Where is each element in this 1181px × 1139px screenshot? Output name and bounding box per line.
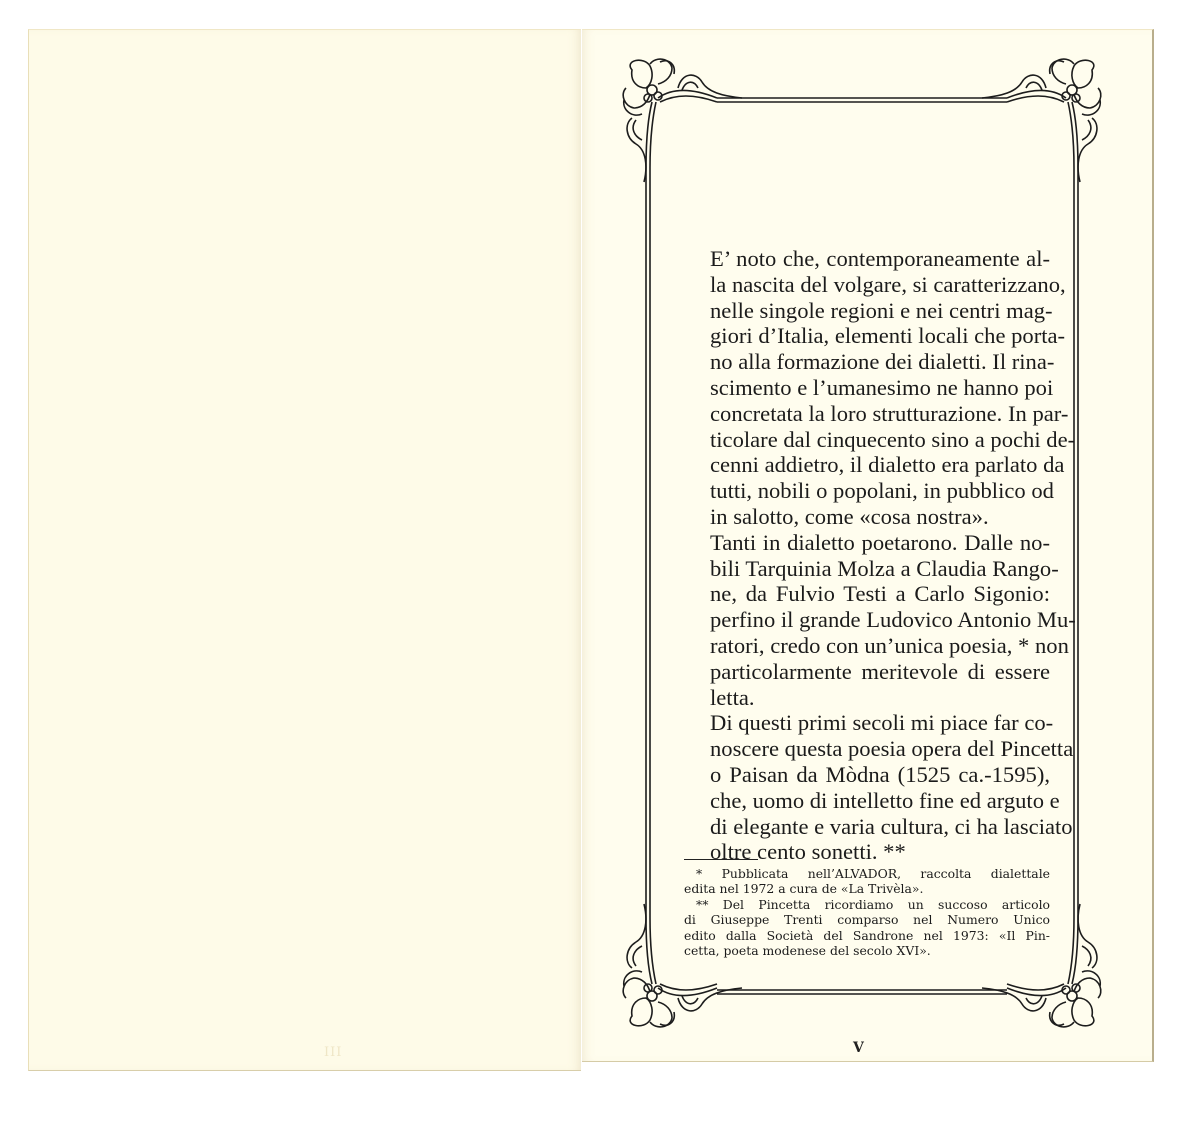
footnote-line: di Giuseppe Trenti comparso nel Numero U… xyxy=(684,912,1050,927)
footnote-2: ** Del Pincetta ricordiamo un succoso ar… xyxy=(684,897,1050,959)
text-line: di elegante e varia cultura, ci ha lasci… xyxy=(684,814,1050,840)
text-line: la nascita del volgare, si caratterizzan… xyxy=(684,272,1050,298)
text-line: nelle singole regioni e nei centri mag- xyxy=(684,298,1050,324)
paragraph-1: E’ noto che, contemporaneamente al- la n… xyxy=(684,246,1050,530)
text-line: noscere questa poesia opera del Pincetta xyxy=(684,736,1050,762)
text-line: cenni addietro, il dialetto era parlato … xyxy=(684,452,1050,478)
ghost-folio-show-through: III xyxy=(324,1045,342,1060)
text-line: giori d’Italia, elementi locali che port… xyxy=(684,323,1050,349)
text-line: tutti, nobili o popolani, in pubblico od xyxy=(684,478,1050,504)
paragraph-2: Tanti in dialetto poetarono. Dalle no- b… xyxy=(684,530,1050,711)
text-line: ne, da Fulvio Testi a Carlo Sigonio: xyxy=(684,581,1050,607)
text-line: o Paisan da Mòdna (1525 ca.-1595), xyxy=(684,762,1050,788)
left-page-blank: III xyxy=(28,29,581,1071)
text-line: E’ noto che, contemporaneamente al- xyxy=(684,246,1050,272)
text-line: in salotto, come «cosa nostra». xyxy=(684,504,1050,530)
corner-ornament-top-right xyxy=(982,59,1101,182)
text-line: concretata la loro strutturazione. In pa… xyxy=(684,401,1050,427)
text-line: no alla formazione dei dialetti. Il rina… xyxy=(684,349,1050,375)
footnote-line: * Pubblicata nell’ALVADOR, raccolta dial… xyxy=(684,866,1050,881)
text-line: ratori, credo con un’unica poesia, * non xyxy=(684,633,1050,659)
text-line: perfino il grande Ludovico Antonio Mu- xyxy=(684,607,1050,633)
footnote-line: edita nel 1972 a cura de «La Trivèla». xyxy=(684,881,1050,896)
footnote-line: ** Del Pincetta ricordiamo un succoso ar… xyxy=(684,897,1050,912)
text-line: che, uomo di intelletto fine ed arguto e xyxy=(684,788,1050,814)
text-line: particolarmente meritevole di essere xyxy=(684,659,1050,685)
text-line: scimento e l’umanesimo ne hanno poi xyxy=(684,375,1050,401)
page-number: V xyxy=(853,1040,864,1056)
footnotes: * Pubblicata nell’ALVADOR, raccolta dial… xyxy=(684,866,1050,958)
footnote-1: * Pubblicata nell’ALVADOR, raccolta dial… xyxy=(684,866,1050,897)
text-line: letta. xyxy=(684,685,1050,711)
footnote-separator xyxy=(684,859,758,860)
text-line: ticolare dal cinquecento sino a pochi de… xyxy=(684,427,1050,453)
text-line: Di questi primi secoli mi piace far co- xyxy=(684,710,1050,736)
corner-ornament-top-left xyxy=(623,59,742,182)
footnote-line: cetta, poeta modenese del secolo XVI». xyxy=(684,943,1050,958)
footnote-line: edito dalla Società del Sandrone nel 197… xyxy=(684,928,1050,943)
text-line: oltre cento sonetti. ** xyxy=(684,839,1050,865)
body-text: E’ noto che, contemporaneamente al- la n… xyxy=(684,246,1050,865)
text-line: bili Tarquinia Molza a Claudia Rango- xyxy=(684,556,1050,582)
text-line: Tanti in dialetto poetarono. Dalle no- xyxy=(684,530,1050,556)
book-spread: III xyxy=(0,0,1181,1139)
paragraph-3: Di questi primi secoli mi piace far co- … xyxy=(684,710,1050,865)
